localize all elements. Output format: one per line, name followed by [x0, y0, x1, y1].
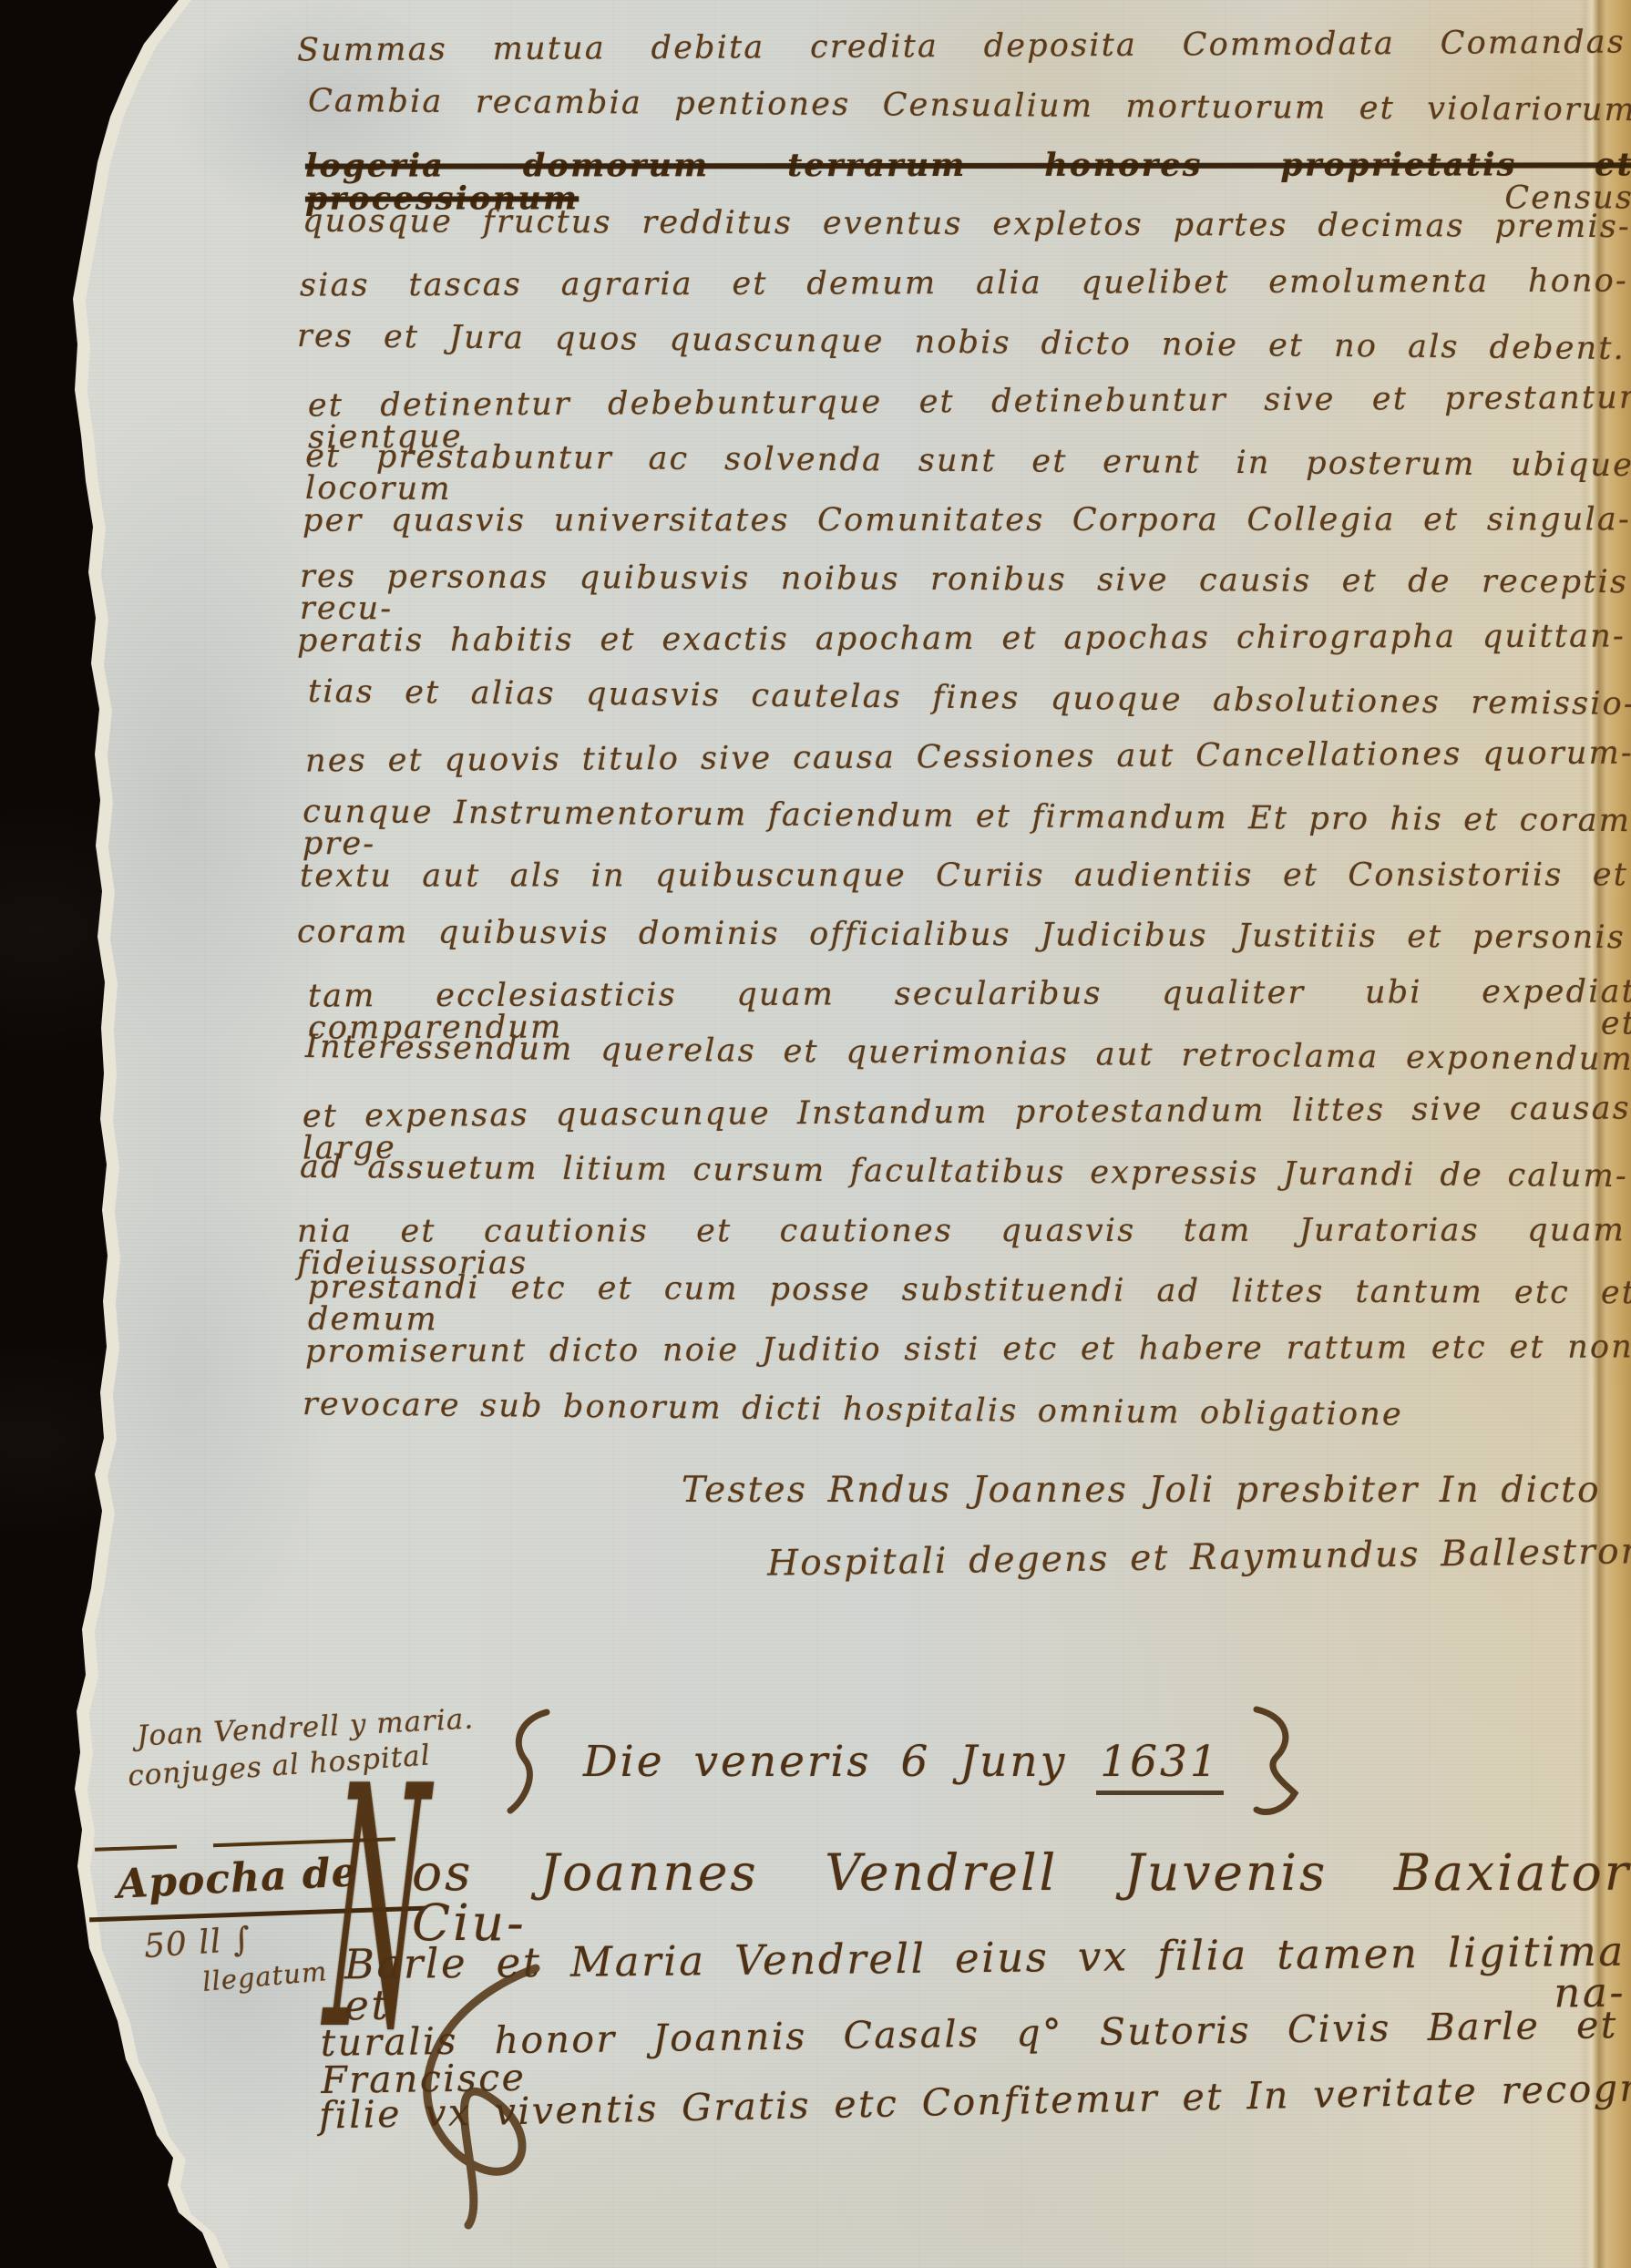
- manuscript-line: ad assuetum litium cursum facultatibus e…: [300, 1152, 1628, 1193]
- margin-note-amount: 50 ll ∫: [143, 1921, 252, 1965]
- manuscript-line: nes et quovis titulo sive causa Cessione…: [305, 738, 1631, 778]
- pen-flourish-right-icon: [1247, 1702, 1300, 1821]
- date-text: Die veneris 6 Juny 1631: [583, 1737, 1224, 1787]
- manuscript-line: sias tascas agraria et demum alia quelib…: [300, 265, 1628, 302]
- manuscript-line: Summas mutua debita credita deposita Com…: [297, 27, 1626, 67]
- manuscript-line: peratis habitis et exactis apocham et ap…: [297, 621, 1626, 657]
- manuscript-line: textu aut als in quibuscunque Curiis aud…: [300, 859, 1628, 892]
- date-prefix: Die veneris 6 Juny: [583, 1737, 1096, 1787]
- pen-flourish-left-icon: [507, 1707, 559, 1816]
- ink-specks: [0, 0, 4, 4]
- manuscript-line: quosque fructus redditus eventus expleto…: [303, 206, 1631, 243]
- manuscript-line: revocare sub bonorum dicti hospitalis om…: [303, 1389, 1223, 1430]
- manuscript-line: promiserunt dicto noie Juditio sisti etc…: [305, 1331, 1631, 1368]
- manuscript-line: Cambia recambia pentiones Censualium mor…: [308, 86, 1631, 127]
- date-heading: Die veneris 6 Juny 1631: [507, 1702, 1300, 1821]
- witness-line: Testes Rndus Joannes Joli presbiter In d…: [682, 1473, 1631, 1508]
- manuscript-scan: Summas mutua debita credita deposita Com…: [0, 0, 1631, 2268]
- manuscript-line: coram quibusvis dominis officialibus Jud…: [297, 917, 1626, 954]
- date-year: 1631: [1096, 1737, 1224, 1795]
- manuscript-line: per quasvis universitates Comunitates Co…: [303, 504, 1631, 537]
